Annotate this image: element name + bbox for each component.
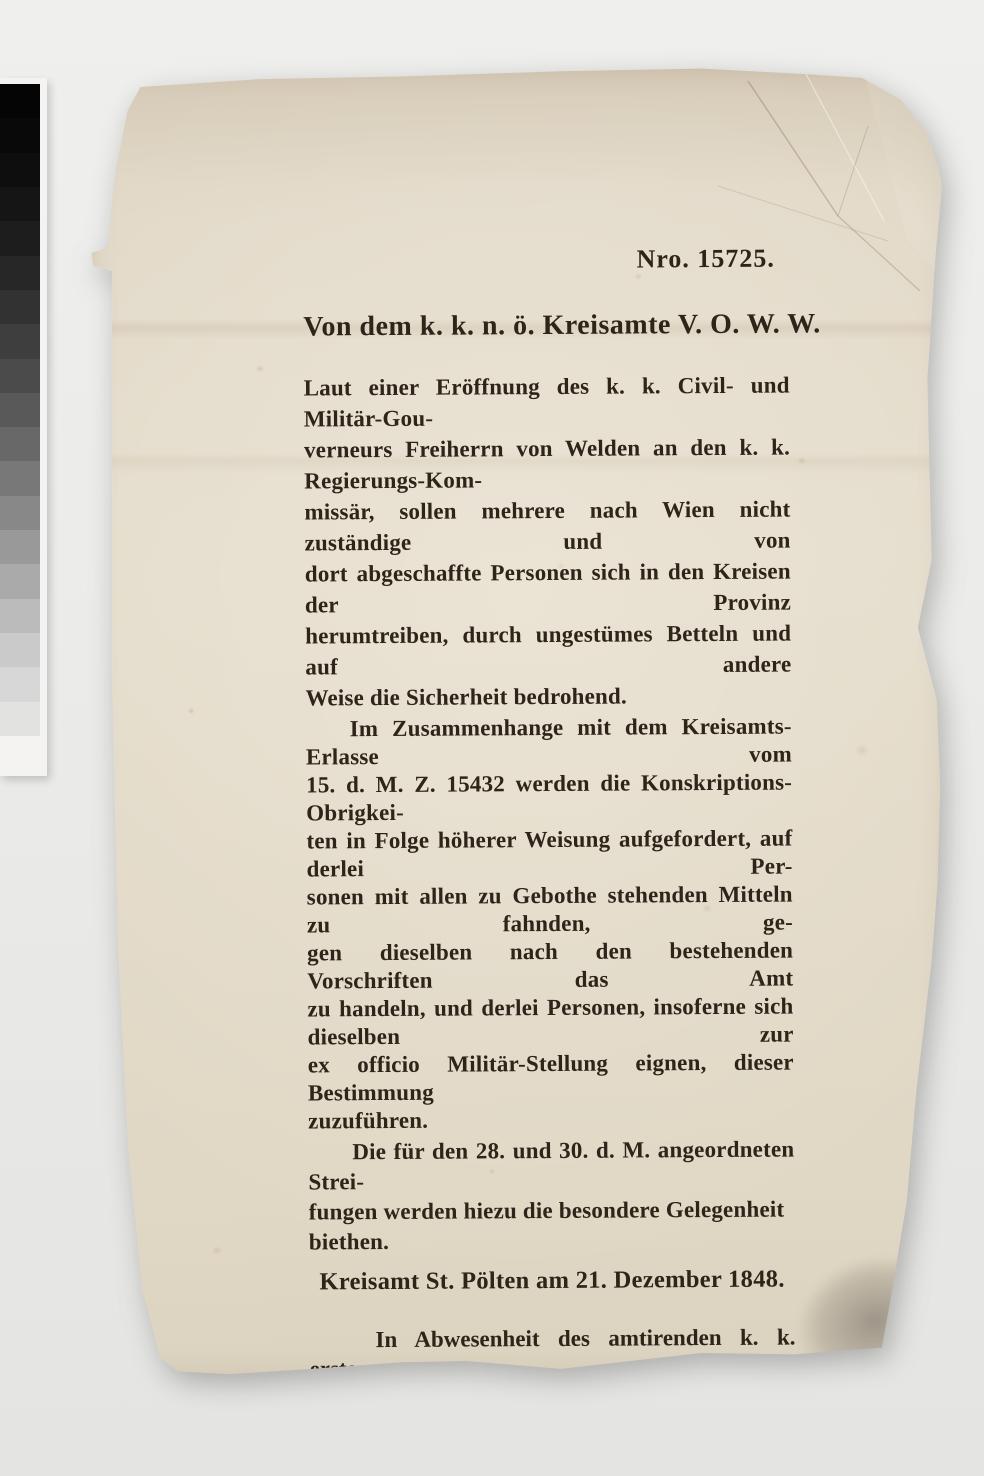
text-line: sonen mit allen zu Gebothe stehenden Mit… [307, 881, 793, 940]
dateline: Kreisamt St. Pölten am 21. Dezember 1848… [309, 1263, 795, 1300]
calibration-step [0, 530, 40, 564]
calibration-step [0, 221, 40, 255]
text-line: fungen werden hiezu die besondere Gelege… [309, 1195, 795, 1258]
text-line: herumtreiben, durch ungestümes Betteln u… [305, 618, 791, 683]
text-line: ex officio Militär-Stellung eignen, dies… [308, 1049, 794, 1108]
calibration-step [0, 359, 40, 393]
paragraph-3: Die für den 28. und 30. d. M. angeordnet… [308, 1135, 795, 1258]
text-line: ten in Folge höherer Weisung aufgeforder… [306, 825, 792, 884]
calibration-step [0, 256, 40, 290]
text-line: zuzuführen. [308, 1105, 794, 1136]
paragraph-1: Laut einer Eröffnung des k. k. Civil- un… [304, 370, 792, 714]
calibration-step [0, 290, 40, 324]
signature-name: v. Lützenau. [310, 1418, 796, 1449]
calibration-step [0, 427, 40, 461]
paper-wrapper: Nro. 15725. Von dem k. k. n. ö. Kreisamt… [88, 66, 948, 1382]
text-line: zu handeln, und derlei Personen, insofer… [307, 993, 793, 1052]
calibration-step [0, 667, 40, 701]
text-line: Weise die Sicherheit bedrohend. [305, 680, 791, 714]
closing-formula: In Abwesenheit des amtirenden k. k. erst… [309, 1323, 796, 1413]
text-line: 15. d. M. Z. 15432 werden die Konskripti… [306, 769, 792, 828]
grayscale-calibration-strip [0, 84, 40, 736]
document-number: Nro. 15725. [303, 242, 789, 279]
text-line: missär, sollen mehrere nach Wien nicht z… [304, 494, 790, 559]
signature-title: k. k. Kreiskommissär. [310, 1447, 796, 1476]
calibration-card [0, 78, 47, 776]
calibration-step [0, 324, 40, 358]
calibration-step [0, 702, 40, 736]
calibration-step [0, 564, 40, 598]
ink-smudge [765, 1233, 973, 1428]
text-line: dort abgeschaffte Personen sich in den K… [305, 556, 791, 621]
text-line: Die für den 28. und 30. d. M. angeordnet… [308, 1135, 794, 1198]
document-heading: Von dem k. k. n. ö. Kreisamte V. O. W. W… [303, 306, 789, 347]
document-paper: Nro. 15725. Von dem k. k. n. ö. Kreisamt… [88, 66, 948, 1382]
document-text: Nro. 15725. Von dem k. k. n. ö. Kreisamt… [302, 65, 797, 1476]
photo-of-document: { "colors":{ "background":"#ebebe9", "pa… [0, 0, 984, 1476]
text-line: In Abwesenheit des amtirenden k. k. erst… [309, 1323, 795, 1384]
calibration-step [0, 633, 40, 667]
text-line: Im Zusammenhange mit dem Kreisamts-Erlas… [306, 713, 792, 772]
calibration-step [0, 118, 40, 152]
calibration-step [0, 393, 40, 427]
text-line: Laut einer Eröffnung des k. k. Civil- un… [304, 370, 790, 435]
calibration-step [0, 599, 40, 633]
text-line: verneurs Freiherrn von Welden an den k. … [304, 432, 790, 497]
text-line: gen dieselben nach den bestehenden Vorsc… [307, 937, 793, 996]
text-line: kommissärs. [310, 1381, 796, 1413]
calibration-step [0, 153, 40, 187]
calibration-step [0, 461, 40, 495]
calibration-step [0, 496, 40, 530]
calibration-step [0, 84, 40, 118]
paragraph-2: Im Zusammenhange mit dem Kreisamts-Erlas… [306, 713, 795, 1136]
calibration-step [0, 187, 40, 221]
